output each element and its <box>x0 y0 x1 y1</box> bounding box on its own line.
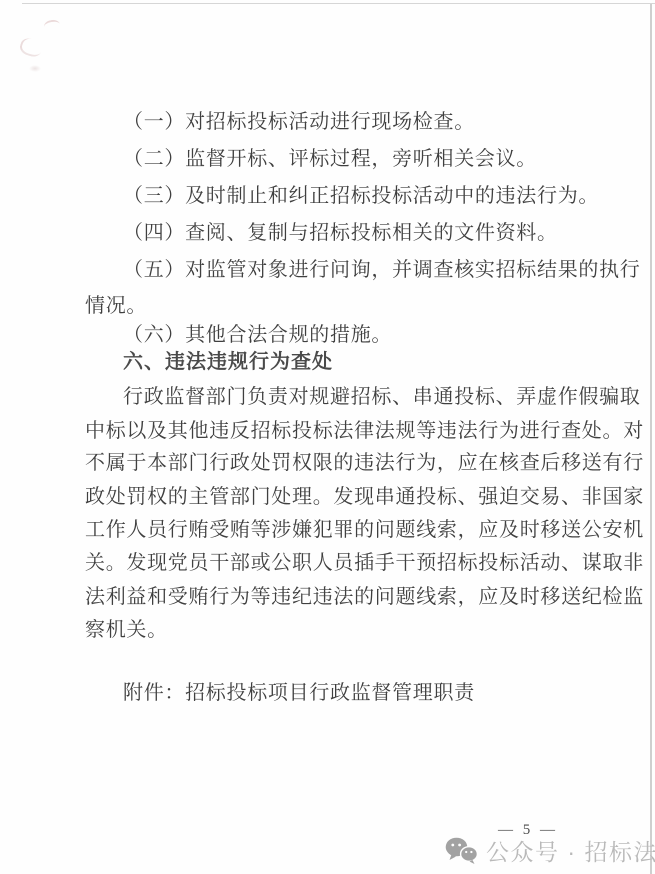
attachment-line: 附件：招标投标项目行政监督管理职责 <box>123 682 475 703</box>
list-item-5-line-1: （五）对监管对象进行问询，并调查核实招标结果的执行 <box>123 259 641 280</box>
scan-artifact-mark <box>29 65 41 72</box>
list-item-5-line-2: 情况。 <box>85 295 147 316</box>
page-top-edge-line <box>22 3 655 4</box>
list-item-4: （四）查阅、复制与招标投标相关的文件资料。 <box>123 222 558 243</box>
paragraph-line-6: 关。发现党员干部或公职人员插手干预招标投标活动、谋取非 <box>85 552 644 573</box>
scan-artifact-mark <box>43 19 61 33</box>
paragraph-line-5: 工作人员行贿受贿等涉嫌犯罪的问题线索，应及时移送公安机 <box>85 519 644 540</box>
list-item-1: （一）对招标投标活动进行现场检查。 <box>123 111 475 132</box>
paragraph-line-2: 中标以及其他违反招标投标法律法规等违法行为进行查处。对 <box>85 420 644 441</box>
paragraph-line-8: 察机关。 <box>85 619 168 640</box>
scanned-document-page: （一）对招标投标活动进行现场检查。 （二）监督开标、评标过程，旁听相关会议。 （… <box>0 0 655 874</box>
page-right-edge-line <box>650 4 652 874</box>
paragraph-line-4: 政处罚权的主管部门处理。发现串通投标、强迫交易、非国家 <box>85 486 644 507</box>
list-item-6: （六）其他合法合规的措施。 <box>123 324 392 345</box>
paragraph-line-7: 法利益和受贿行为等违纪违法的问题线索，应及时移送纪检监 <box>85 586 644 607</box>
page-number: — 5 — <box>498 822 558 839</box>
list-item-2: （二）监督开标、评标过程，旁听相关会议。 <box>123 148 537 169</box>
wechat-icon <box>445 837 478 865</box>
list-item-3: （三）及时制止和纠正招标投标活动中的违法行为。 <box>123 185 599 206</box>
section-heading: 六、违法违规行为查处 <box>123 352 333 373</box>
paragraph-line-1: 行政监督部门负责对规避招标、串通投标、弄虚作假骗取 <box>123 386 641 407</box>
paragraph-line-3: 不属于本部门行政处罚权限的违法行为，应在核查后移送有行 <box>85 452 644 473</box>
scan-artifact-mark <box>18 36 44 59</box>
